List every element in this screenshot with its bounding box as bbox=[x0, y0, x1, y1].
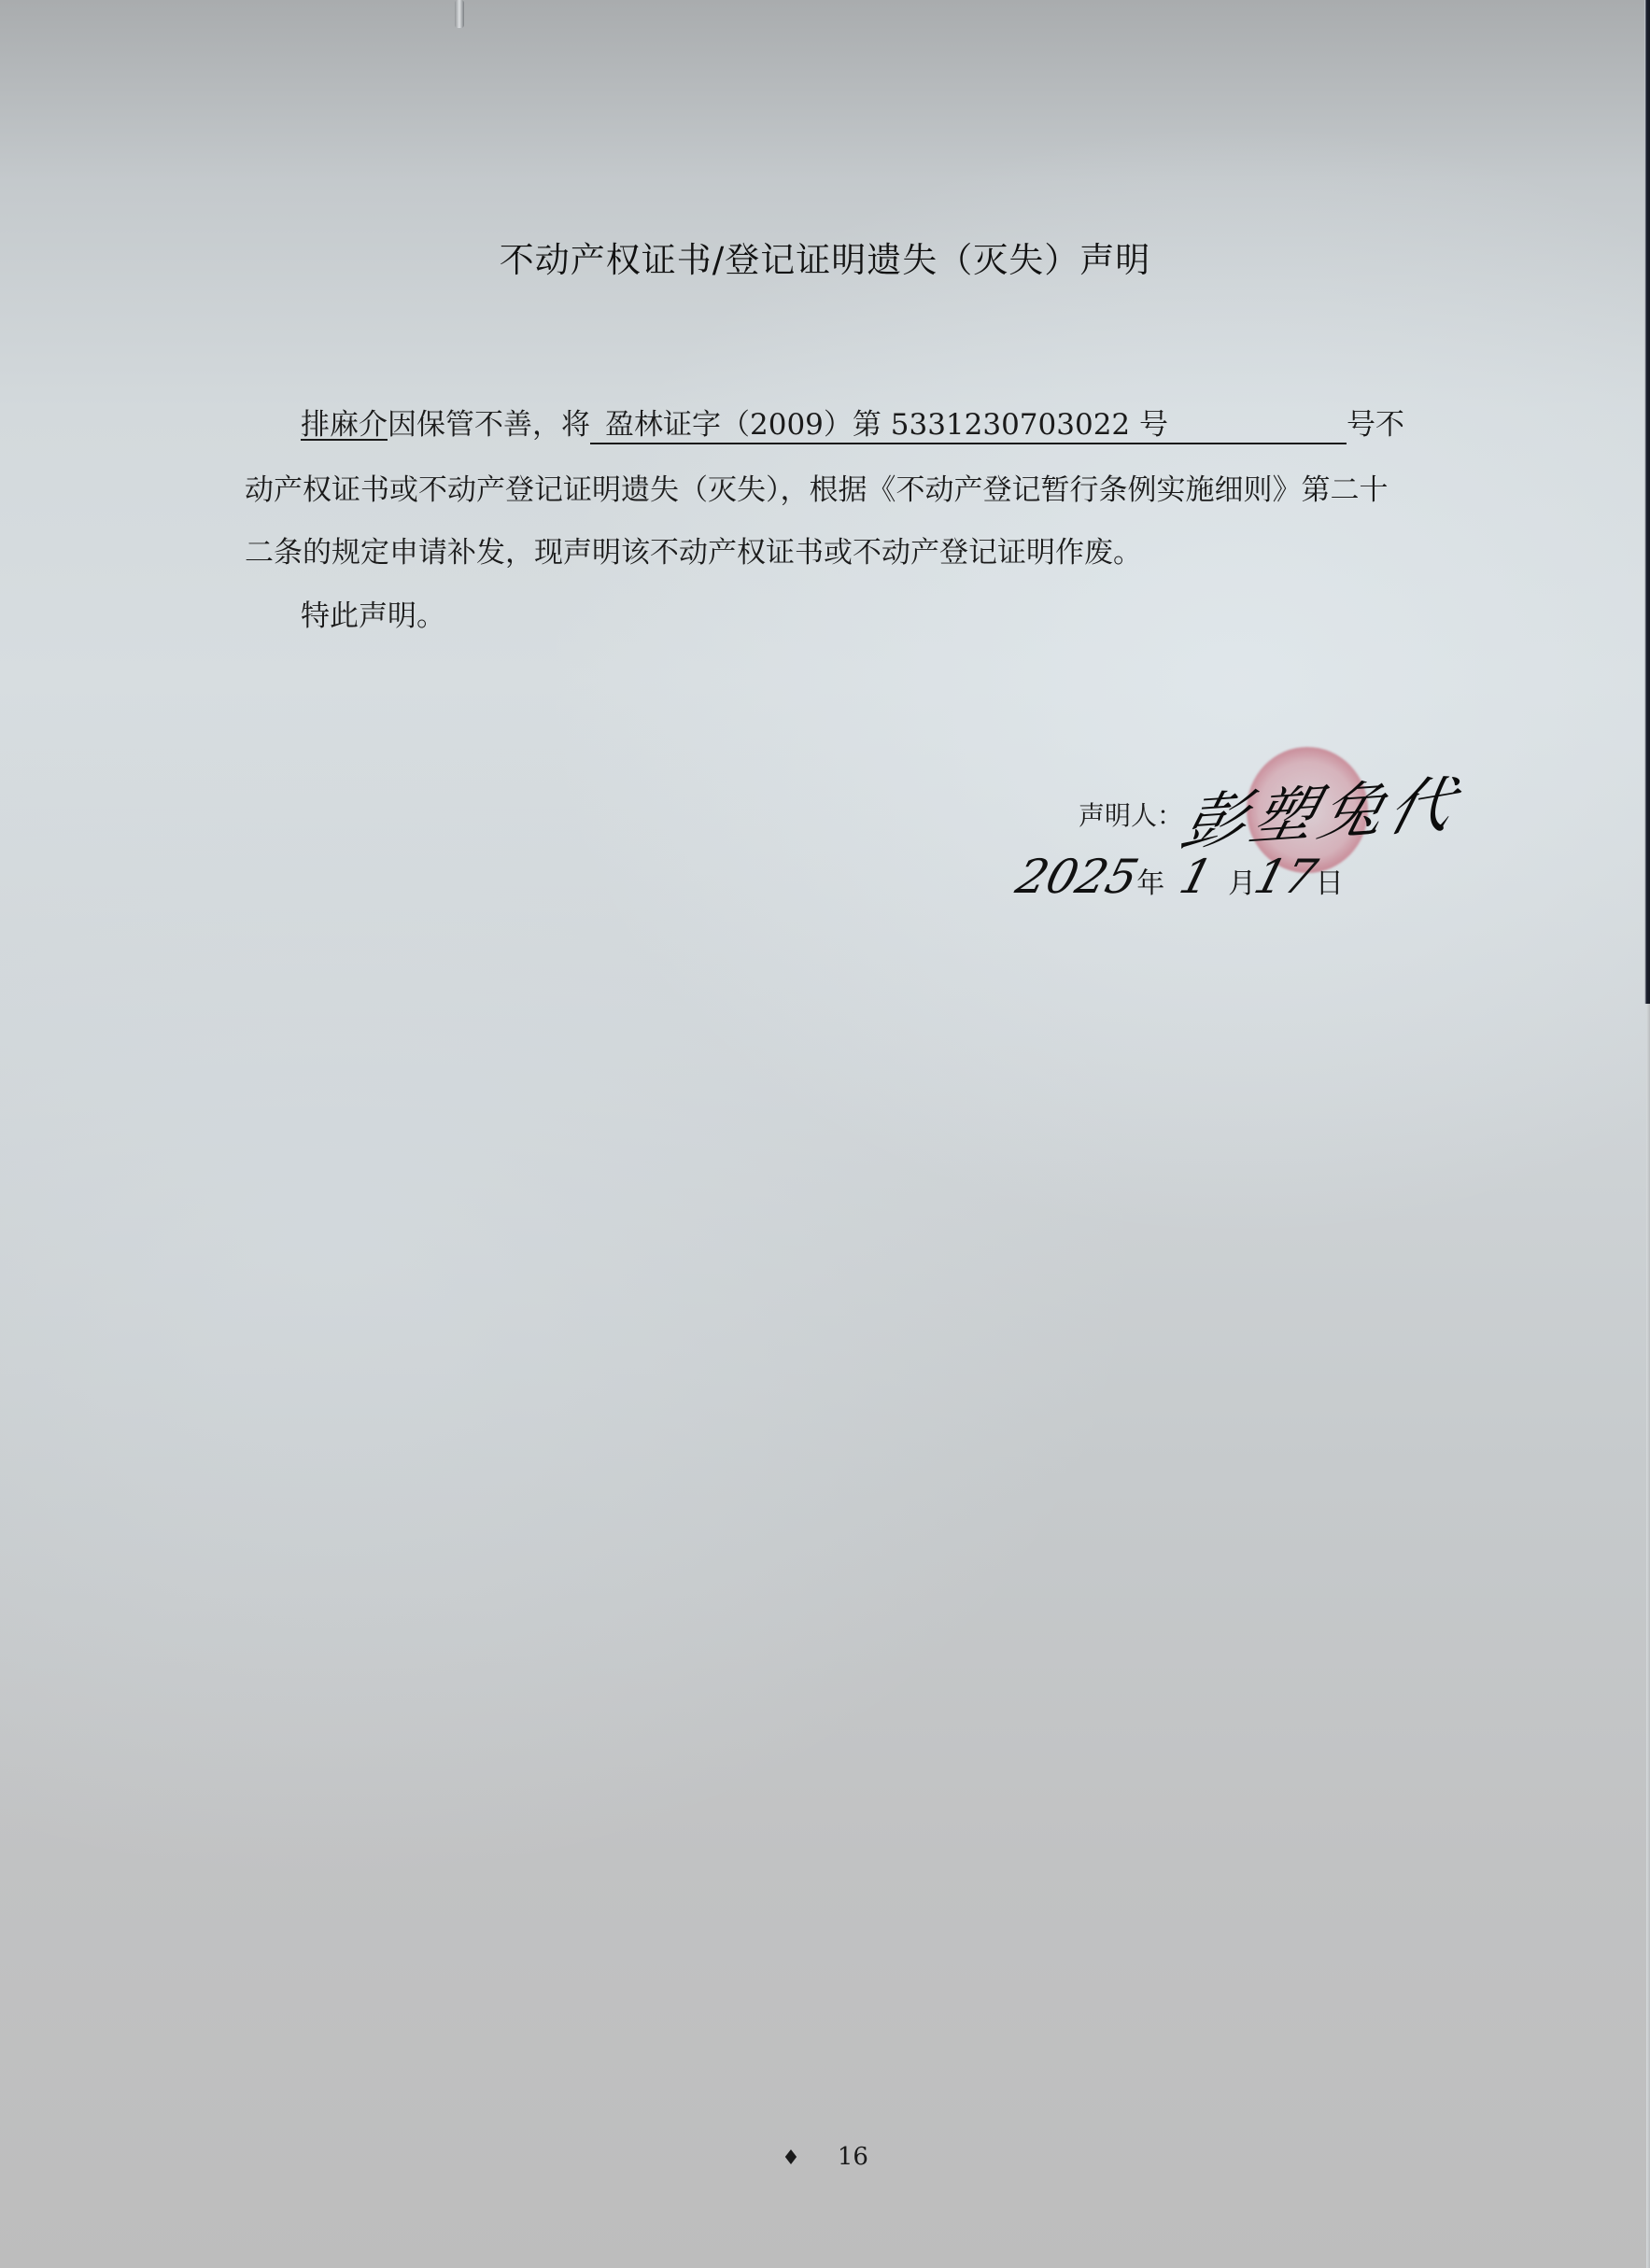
declarant-label: 声明人： bbox=[1079, 796, 1183, 833]
page-footer: ♦16 bbox=[0, 2143, 1650, 2171]
signature-date: 2025年1月17日 bbox=[1018, 850, 1344, 904]
staple-mark bbox=[455, 0, 464, 28]
certificate-number-field: 盈林证字（2009）第 5331230703022 号 bbox=[590, 407, 1347, 444]
paragraph-text: 号不 bbox=[1347, 408, 1404, 442]
handwritten-signature: 彭塑兔代 bbox=[1174, 754, 1471, 862]
paper-edge bbox=[1646, 1004, 1650, 2268]
paragraph-text: 因保管不善，将 bbox=[388, 408, 590, 442]
page-number: 16 bbox=[838, 2143, 868, 2171]
paragraph-line-2: 动产权证书或不动产登记证明遗失（灭失），根据《不动产登记暂行条例实施细则》第二十 bbox=[245, 472, 1412, 509]
date-year: 2025 bbox=[1010, 850, 1144, 904]
date-day: 17 bbox=[1248, 850, 1322, 904]
diamond-icon: ♦ bbox=[782, 2147, 800, 2170]
document-title: 不动产权证书/登记证明遗失（灭失）声明 bbox=[0, 232, 1650, 282]
date-month: 1 bbox=[1174, 850, 1218, 904]
paragraph-line-3: 二条的规定申请补发，现声明该不动产权证书或不动产登记证明作废。 bbox=[245, 534, 1412, 571]
closing-statement: 特此声明。 bbox=[301, 598, 1468, 635]
date-year-unit: 年 bbox=[1136, 867, 1164, 900]
applicant-name: 排麻介 bbox=[301, 408, 388, 442]
paragraph-line-1: 排麻介因保管不善，将盈林证字（2009）第 5331230703022 号号不 bbox=[301, 406, 1468, 444]
date-day-unit: 日 bbox=[1316, 867, 1344, 900]
paper-edge-shadow bbox=[1644, 0, 1650, 1004]
